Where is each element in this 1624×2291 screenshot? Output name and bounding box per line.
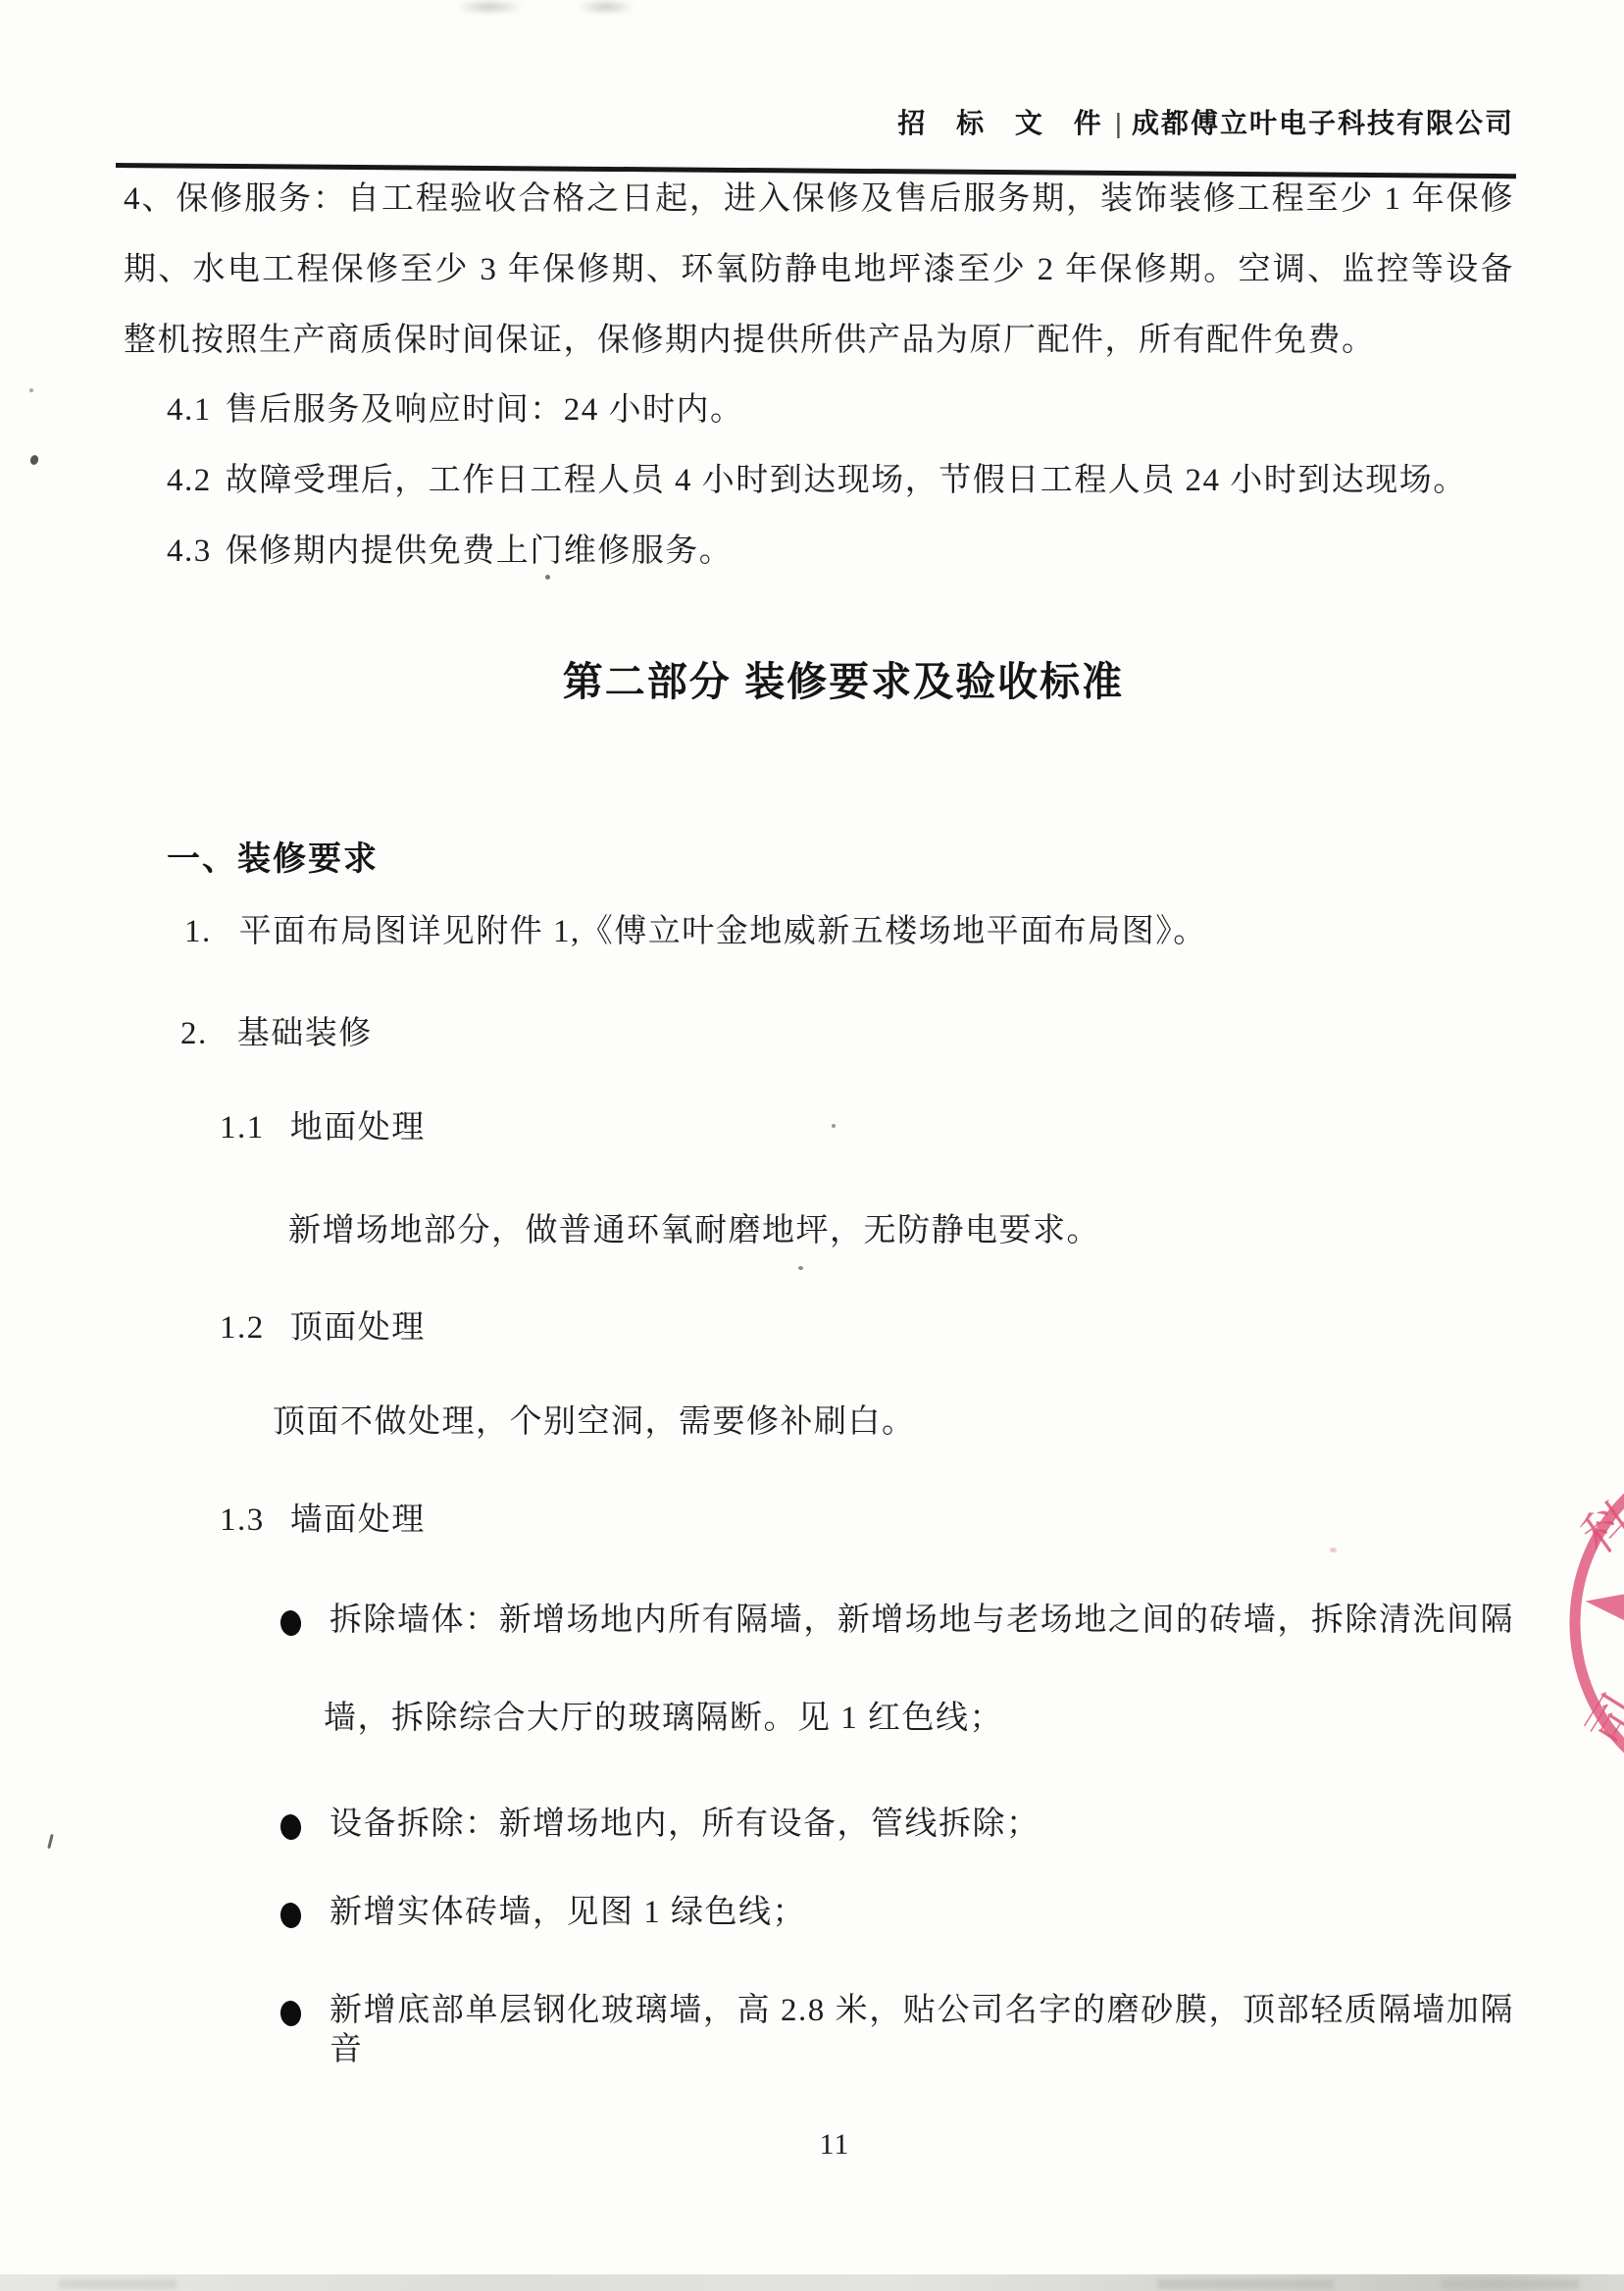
scan-speck bbox=[832, 1124, 836, 1128]
scan-speck bbox=[545, 575, 550, 580]
section-heading: 一、装修要求 bbox=[167, 832, 379, 880]
subsection-title: 地面处理 bbox=[290, 1110, 426, 1145]
scan-edge-band bbox=[0, 2274, 1624, 2291]
subsection-title: 墙面处理 bbox=[290, 1502, 426, 1538]
paragraph-line: 期、水电工程保修至少 3 年保修期、环氧防静电地坪漆至少 2 年保修期。空调、监… bbox=[124, 251, 1514, 290]
subsection-body: 顶面不做处理，个别空洞，需要修补刷白。 bbox=[273, 1403, 916, 1443]
subsection-number: 1.1 bbox=[220, 1109, 265, 1148]
scan-speck bbox=[29, 388, 33, 392]
company-stamp: 科 司 bbox=[1565, 1451, 1624, 1805]
bullet-dot-icon bbox=[279, 1813, 303, 1841]
subsection-title: 顶面处理 bbox=[290, 1310, 426, 1346]
subsection-heading: 1.1地面处理 bbox=[220, 1109, 426, 1148]
bullet-text: 新增实体砖墙，见图 1 绿色线； bbox=[330, 1894, 806, 1933]
bullet-dot-icon bbox=[279, 1609, 303, 1637]
subsection-body: 新增场地部分，做普通环氧耐磨地坪，无防静电要求。 bbox=[288, 1212, 1100, 1251]
scan-speck bbox=[798, 1266, 803, 1270]
item-text: 故障受理后，工作日工程人员 4 小时到达现场，节假日工程人员 24 小时到达现场… bbox=[226, 463, 1467, 498]
bullet-dot-icon bbox=[279, 1902, 303, 1929]
item-number: 4.1 bbox=[167, 391, 212, 431]
scan-edge-patch bbox=[1157, 2279, 1334, 2289]
scan-smudge bbox=[457, 0, 522, 14]
page-header: 招 标 文 件|成都傅立叶电子科技有限公司 bbox=[897, 102, 1514, 141]
stamp-star-icon bbox=[1565, 1452, 1624, 1790]
bullet-text: 设备拆除：新增场地内，所有设备，管线拆除； bbox=[330, 1806, 1040, 1845]
warranty-item: 4.1售后服务及响应时间：24 小时内。 bbox=[167, 391, 744, 431]
item-number: 2. bbox=[180, 1015, 208, 1054]
subsection-number: 1.3 bbox=[220, 1502, 265, 1541]
section-title: 第二部分 装修要求及验收标准 bbox=[0, 649, 1624, 707]
bullet-text: 拆除墙体：新增场地内所有隔墙，新增场地与老场地之间的砖墙，拆除清洗间隔 bbox=[330, 1602, 1514, 1641]
page-number: 11 bbox=[0, 2128, 1624, 2162]
scan-edge-patch bbox=[59, 2279, 177, 2289]
scan-edge-patch bbox=[1442, 2279, 1579, 2289]
header-rule bbox=[116, 163, 1516, 178]
item-text: 售后服务及响应时间：24 小时内。 bbox=[226, 392, 744, 428]
stamp-ring bbox=[1575, 1451, 1624, 1796]
paragraph-line: 整机按照生产商质保时间保证，保修期内提供所供产品为原厂配件，所有配件免费。 bbox=[124, 322, 1376, 361]
paragraph-line: 4、保修服务：自工程验收合格之日起，进入保修及售后服务期，装饰装修工程至少 1 … bbox=[124, 180, 1514, 220]
subsection-number: 1.2 bbox=[220, 1309, 265, 1349]
item-number: 1. bbox=[184, 913, 212, 952]
document-page: 招 标 文 件|成都傅立叶电子科技有限公司 4、保修服务：自工程验收合格之日起，… bbox=[0, 0, 1624, 2291]
bullet-text: 墙，拆除综合大厅的玻璃隔断。见 1 红色线； bbox=[324, 1700, 1003, 1739]
scan-speck bbox=[1330, 1548, 1337, 1553]
scan-speck bbox=[47, 1834, 54, 1849]
item-number: 4.2 bbox=[167, 462, 212, 501]
warranty-item: 4.3保修期内提供免费上门维修服务。 bbox=[167, 533, 733, 572]
scan-speck bbox=[29, 454, 40, 466]
bullet-dot-icon bbox=[279, 2000, 303, 2027]
stamp-glyph: 司 bbox=[1576, 1685, 1624, 1756]
item-text: 平面布局图详见附件 1,《傅立叶金地威新五楼场地平面布局图》。 bbox=[239, 914, 1207, 949]
subsection-heading: 1.3墙面处理 bbox=[220, 1502, 426, 1541]
item-text: 基础装修 bbox=[237, 1016, 373, 1051]
warranty-item: 4.2故障受理后，工作日工程人员 4 小时到达现场，节假日工程人员 24 小时到… bbox=[167, 462, 1467, 501]
list-item: 2.基础装修 bbox=[180, 1015, 373, 1054]
item-number: 4.3 bbox=[167, 533, 212, 572]
stamp-glyph: 科 bbox=[1572, 1492, 1624, 1565]
scan-smudge bbox=[579, 0, 634, 14]
item-text: 保修期内提供免费上门维修服务。 bbox=[226, 534, 734, 569]
header-company-name: 成都傅立叶电子科技有限公司 bbox=[1132, 108, 1514, 138]
list-item: 1.平面布局图详见附件 1,《傅立叶金地威新五楼场地平面布局图》。 bbox=[184, 913, 1207, 952]
subsection-heading: 1.2顶面处理 bbox=[220, 1309, 426, 1349]
header-separator: | bbox=[1115, 108, 1122, 138]
bullet-text: 新增底部单层钢化玻璃墙，高 2.8 米，贴公司名字的磨砂膜，顶部轻质隔墙加隔音 bbox=[330, 1992, 1514, 2069]
header-doc-type: 招 标 文 件 bbox=[897, 108, 1112, 138]
